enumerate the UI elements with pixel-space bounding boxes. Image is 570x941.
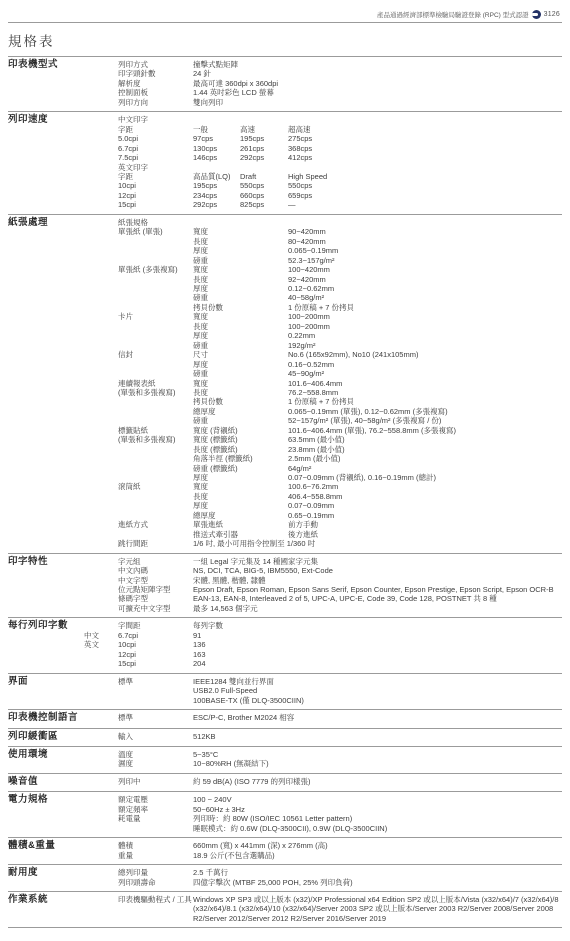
spec-row: 英文印字 [118, 163, 562, 172]
spec-row: 連續報表紙寬度101.6~406.4mm [118, 379, 562, 388]
row-value: 406.4~558.8mm [288, 492, 562, 501]
row-value: 97cps [193, 134, 240, 143]
section-body: 體積660mm (寬) x 441mm (深) x 276mm (高)重量18.… [118, 841, 562, 860]
spec-row: 15cpi204 [118, 659, 562, 668]
section-title: 印表機控制語言 [8, 713, 118, 724]
row-value: EAN-13, EAN-8, Interleaved 2 of 5, UPC-A… [193, 594, 562, 603]
spec-row: 條碼字型EAN-13, EAN-8, Interleaved 2 of 5, U… [118, 594, 562, 603]
row-value: USB2.0 Full-Speed [193, 686, 562, 695]
spec-section: 體積&重量體積660mm (寬) x 441mm (深) x 276mm (高)… [8, 837, 562, 864]
section-title: 電力規格 [8, 795, 118, 833]
row-value: 每列字數 [193, 621, 562, 630]
spec-row: 長度100~200mm [118, 322, 562, 331]
spec-section: 耐用度總列印量2.5 千萬行列印頭壽命四億字擊次 (MTBF 25,000 PO… [8, 864, 562, 891]
row-value: 130cps [193, 144, 240, 153]
row-subkey: 長度 [193, 492, 288, 501]
row-subkey: 厚度 [193, 284, 288, 293]
row-value: 412cps [288, 153, 562, 162]
section-body: 列印中約 59 dB(A) (ISO 7779 的列印樣張) [118, 777, 562, 788]
row-label: 額定電壓 [118, 795, 193, 804]
row-value: 63.5mm (最小值) [288, 435, 562, 444]
spec-row: 單張紙 (單張)寬度90~420mm [118, 227, 562, 236]
spec-section: 印表機控制語言標準ESC/P-C, Brother M2024 相容 [8, 709, 562, 728]
row-subkey: 厚度 [193, 501, 288, 510]
row-label: 7.5cpi [118, 153, 193, 162]
row-label [118, 416, 193, 425]
spec-section: 列印速度中文印字字距一般高速超高速5.0cpi97cps195cps275cps… [8, 111, 562, 214]
row-label: 總列印量 [118, 868, 193, 877]
spec-row: 厚度0.22mm [118, 331, 562, 340]
row-label: 跳行間距 [118, 539, 193, 548]
spec-row: 磅重52.3~157g/m² [118, 256, 562, 265]
section-title: 列印速度 [8, 115, 118, 210]
row-value: 261cps [240, 144, 288, 153]
row-label: 連續報表紙 [118, 379, 193, 388]
spec-row: 中文字型宋體, 黑體, 楷體, 隸體 [118, 576, 562, 585]
spec-row: 列印頭壽命四億字擊次 (MTBF 25,000 POH, 25% 列印負荷) [118, 878, 562, 887]
row-label [118, 464, 193, 473]
row-label: 5.0cpi [118, 134, 193, 143]
row-label: 6.7cpi [118, 631, 193, 640]
certification-number: 3126 [544, 11, 560, 18]
row-label: 列印中 [118, 777, 193, 786]
row-label: 體積 [118, 841, 193, 850]
row-value: 1.44 英吋彩色 LCD 螢幕 [193, 88, 562, 97]
row-value: 雙向列印 [193, 98, 562, 107]
row-label: 額定頻率 [118, 805, 193, 814]
section-body: 標準ESC/P-C, Brother M2024 相容 [118, 713, 562, 724]
row-value: 163 [193, 650, 562, 659]
spec-row: 字間距每列字數 [118, 621, 562, 630]
row-label [118, 445, 193, 454]
bsmi-logo-icon [532, 10, 541, 19]
row-label: 耗電量 [118, 814, 193, 823]
row-label [118, 275, 193, 284]
row-value: 50~60Hz ± 3Hz [193, 805, 562, 814]
row-subkey: 磅重 [193, 293, 288, 302]
row-value: 100~200mm [288, 322, 562, 331]
row-subkey: 單張進紙 [193, 520, 288, 529]
spec-row: 磅重192g/m² [118, 341, 562, 350]
row-subkey: 寬度 [193, 312, 288, 321]
row-label: 中文內碼 [118, 566, 193, 575]
section-body: 字元組一組 Legal 字元集及 14 種國家字元集中文內碼NS, DCI, T… [118, 557, 562, 614]
row-label: 字距 [118, 172, 193, 181]
row-value: 0.07~0.09mm (背襯紙), 0.16~0.19mm (總計) [288, 473, 562, 482]
spec-row: 額定頻率50~60Hz ± 3Hz [118, 805, 562, 814]
row-label: 12cpi [118, 191, 193, 200]
row-subkey: 寬度 (標籤紙) [193, 435, 288, 444]
row-subkey: 長度 (標籤紙) [193, 445, 288, 454]
row-label [118, 331, 193, 340]
spec-row: 跳行間距1/6 吋, 最小可用指令控制至 1/360 吋 [118, 539, 562, 548]
spec-section: 界面標準IEEE1284 雙向並行界面USB2.0 Full-Speed100B… [8, 673, 562, 709]
row-subkey: 寬度 [193, 265, 288, 274]
spec-row: 紙張規格 [118, 218, 562, 227]
section-title: 噪音值 [8, 777, 118, 788]
spec-row: 磅重52~157g/m² (單張), 40~58g/m² (多張複寫 / 份) [118, 416, 562, 425]
row-label [118, 397, 193, 406]
spec-row: 磅重40~58g/m² [118, 293, 562, 302]
spec-row: 控制面板1.44 英吋彩色 LCD 螢幕 [118, 88, 562, 97]
spec-row: 中文內碼NS, DCI, TCA, BIG-5, IBM5550, Ext-Co… [118, 566, 562, 575]
spec-row: 拷貝份數1 份原稿 + 7 份拷貝 [118, 397, 562, 406]
row-value: 23.8mm (最小值) [288, 445, 562, 454]
section-title: 印字特性 [8, 557, 118, 614]
spec-row: 字距高品質(LQ)DraftHigh Speed [118, 172, 562, 181]
row-subkey: 總厚度 [193, 511, 288, 520]
section-title: 印表機型式 [8, 60, 118, 107]
row-label: 進紙方式 [118, 520, 193, 529]
row-value: 1 份原稿 + 7 份拷貝 [288, 397, 562, 406]
row-value: NS, DCI, TCA, BIG-5, IBM5550, Ext-Code [193, 566, 562, 575]
row-label: 輸入 [118, 732, 193, 741]
spec-row: 總厚度0.065~0.19mm (單張), 0.12~0.62mm (多張複寫) [118, 407, 562, 416]
row-value: 40~58g/m² [288, 293, 562, 302]
spec-row: 重量18.9 公斤(不包含選購品) [118, 851, 562, 860]
row-label [118, 369, 193, 378]
spec-row: 印字頭針數24 針 [118, 69, 562, 78]
row-subkey: 磅重 (標籤紙) [193, 464, 288, 473]
spec-row: 拷貝份數1 份原稿 + 7 份拷貝 [118, 303, 562, 312]
row-value: 最高可達 360dpi x 360dpi [193, 79, 562, 88]
page-title-row: 規格表 [8, 23, 562, 57]
row-subkey: 長度 [193, 388, 288, 397]
row-label: 信封 [118, 350, 193, 359]
spec-row: 15cpi292cps825cps— [118, 200, 562, 209]
row-value: 550cps [240, 181, 288, 190]
row-subkey: 磅重 [193, 256, 288, 265]
row-label: 濕度 [118, 759, 193, 768]
spec-row: 列印方式撞擊式點矩陣 [118, 60, 562, 69]
certification-text: 產品通過經濟部標準檢驗局驗證登錄 (RPC) 型式認證 [377, 10, 529, 19]
section-title: 體積&重量 [8, 841, 118, 860]
row-label: 15cpi [118, 200, 193, 209]
row-subkey: 長度 [193, 237, 288, 246]
spec-section: 列印緩衝區輸入512KB [8, 728, 562, 747]
row-label: (單張和多張複寫) [118, 435, 193, 444]
row-label [118, 341, 193, 350]
row-subkey: 磅重 [193, 341, 288, 350]
row-value: 512KB [193, 732, 562, 741]
spec-section: 作業系統印表機驅動程式 / 工具Windows XP SP3 或以上版本 (x3… [8, 891, 562, 927]
row-subkey: 寬度 [193, 227, 288, 236]
row-label [118, 293, 193, 302]
row-label: 標準 [118, 677, 193, 686]
row-value: 1 份原稿 + 7 份拷貝 [288, 303, 562, 312]
spec-row: 濕度10~80%RH (無凝結下) [118, 759, 562, 768]
row-value: 2.5mm (最小值) [288, 454, 562, 463]
row-value: 1/6 吋, 最小可用指令控制至 1/360 吋 [193, 539, 562, 548]
row-value: 659cps [288, 191, 562, 200]
spec-row: 標籤貼紙寬度 (背襯紙)101.6~406.4mm (單張), 76.2~558… [118, 426, 562, 435]
row-value: 90~420mm [288, 227, 562, 236]
section-title: 列印緩衝區 [8, 732, 118, 743]
row-label [118, 824, 193, 833]
row-value: 0.22mm [288, 331, 562, 340]
section-body: 總列印量2.5 千萬行列印頭壽命四億字擊次 (MTBF 25,000 POH, … [118, 868, 562, 887]
row-label: 字元組 [118, 557, 193, 566]
row-subkey: 總厚度 [193, 407, 288, 416]
section-body: 溫度5~35°C濕度10~80%RH (無凝結下) [118, 750, 562, 769]
spec-section: 每行列印字數字間距每列字數中文6.7cpi91英文10cpi13612cpi16… [8, 617, 562, 672]
spec-row: 7.5cpi146cps292cps412cps [118, 153, 562, 162]
row-label [118, 407, 193, 416]
row-value: 368cps [288, 144, 562, 153]
row-label: 印表機驅動程式 / 工具 [118, 895, 193, 923]
section-title: 耐用度 [8, 868, 118, 887]
section-body: 紙張規格單張紙 (單張)寬度90~420mm長度80~420mm厚度0.065~… [118, 218, 562, 549]
row-subkey: 厚度 [193, 331, 288, 340]
row-value: 一般 [193, 125, 240, 134]
spec-row: 長度80~420mm [118, 237, 562, 246]
section-title: 紙張處理 [8, 218, 118, 549]
spec-section: 印表機型式列印方式撞擊式點矩陣印字頭針數24 針解析度最高可達 360dpi x… [8, 57, 562, 111]
row-subkey: 厚度 [193, 246, 288, 255]
spec-row: 列印中約 59 dB(A) (ISO 7779 的列印樣張) [118, 777, 562, 786]
row-label: 單張紙 (單張) [118, 227, 193, 236]
row-value: 睡眠模式：約 0.6W (DLQ-3500CII), 0.9W (DLQ-350… [193, 824, 562, 833]
row-value: 0.16~0.52mm [288, 360, 562, 369]
row-value: IEEE1284 雙向並行界面 [193, 677, 562, 686]
row-value: 825cps [240, 200, 288, 209]
spec-row: 信封尺寸No.6 (165x92mm), No10 (241x105mm) [118, 350, 562, 359]
spec-row: 解析度最高可達 360dpi x 360dpi [118, 79, 562, 88]
spec-row: 輸入512KB [118, 732, 562, 741]
row-value: 高速 [240, 125, 288, 134]
row-label [118, 256, 193, 265]
section-title: 作業系統 [8, 895, 118, 923]
row-subkey: 長度 [193, 322, 288, 331]
row-value: 100~420mm [288, 265, 562, 274]
row-value: 45~90g/m² [288, 369, 562, 378]
row-label: 字距 [118, 125, 193, 134]
spec-row: 英文10cpi136 [118, 640, 562, 649]
spec-row: 體積660mm (寬) x 441mm (深) x 276mm (高) [118, 841, 562, 850]
row-subkey: 磅重 [193, 416, 288, 425]
row-value: — [288, 200, 562, 209]
spec-section: 噪音值列印中約 59 dB(A) (ISO 7779 的列印樣張) [8, 773, 562, 792]
row-value: 0.065~0.19mm [288, 246, 562, 255]
spec-row: 額定電壓100 ~ 240V [118, 795, 562, 804]
spec-section: 紙張處理紙張規格單張紙 (單張)寬度90~420mm長度80~420mm厚度0.… [8, 214, 562, 553]
row-label [118, 501, 193, 510]
row-label: 字間距 [118, 621, 193, 630]
row-value: 四億字擊次 (MTBF 25,000 POH, 25% 列印負荷) [193, 878, 562, 887]
row-value: 76.2~558.8mm [288, 388, 562, 397]
spec-row: 12cpi163 [118, 650, 562, 659]
spec-row: 耗電量列印時：約 80W (ISO/IEC 10561 Letter patte… [118, 814, 562, 823]
spec-section: 使用環境溫度5~35°C濕度10~80%RH (無凝結下) [8, 746, 562, 773]
row-value: High Speed [288, 172, 562, 181]
section-body: 標準IEEE1284 雙向並行界面USB2.0 Full-Speed100BAS… [118, 677, 562, 705]
spec-table: 印表機型式列印方式撞擊式點矩陣印字頭針數24 針解析度最高可達 360dpi x… [8, 57, 562, 928]
row-group-label: 中文 [84, 631, 116, 640]
section-body: 輸入512KB [118, 732, 562, 743]
row-subkey: 寬度 (背襯紙) [193, 426, 288, 435]
row-label: 控制面板 [118, 88, 193, 97]
row-label: 滾筒紙 [118, 482, 193, 491]
row-value: 0.12~0.62mm [288, 284, 562, 293]
spec-row: 標準IEEE1284 雙向並行界面 [118, 677, 562, 686]
row-label: 卡片 [118, 312, 193, 321]
row-value: 100 ~ 240V [193, 795, 562, 804]
row-value: 660mm (寬) x 441mm (深) x 276mm (高) [193, 841, 562, 850]
row-value: 101.6~406.4mm (單張), 76.2~558.8mm (多張複寫) [288, 426, 562, 435]
spec-row: 進紙方式單張進紙前方手動 [118, 520, 562, 529]
row-label: 10cpi [118, 181, 193, 190]
spec-row: 6.7cpi130cps261cps368cps [118, 144, 562, 153]
spec-sheet-page: 產品通過經濟部標準檢驗局驗證登錄 (RPC) 型式認證 3126 規格表 印表機… [0, 0, 570, 941]
row-value: 約 59 dB(A) (ISO 7779 的列印樣張) [193, 777, 562, 786]
row-label: 解析度 [118, 79, 193, 88]
spec-row: 長度92~420mm [118, 275, 562, 284]
row-value: 0.065~0.19mm (單張), 0.12~0.62mm (多張複寫) [288, 407, 562, 416]
row-label: 中文印字 [118, 115, 193, 124]
row-subkey: 磅重 [193, 369, 288, 378]
spec-row: 可擴充中文字型最多 14,563 個字元 [118, 604, 562, 613]
row-value: 292cps [240, 153, 288, 162]
row-value: 52~157g/m² (單張), 40~58g/m² (多張複寫 / 份) [288, 416, 562, 425]
row-label: 紙張規格 [118, 218, 193, 227]
row-label [118, 511, 193, 520]
row-value: 18.9 公斤(不包含選購品) [193, 851, 562, 860]
spec-row: 磅重45~90g/m² [118, 369, 562, 378]
section-body: 字間距每列字數中文6.7cpi91英文10cpi13612cpi16315cpi… [118, 621, 562, 668]
certification-header: 產品通過經濟部標準檢驗局驗證登錄 (RPC) 型式認證 3126 [8, 2, 562, 23]
row-value: 100BASE-TX (僅 DLQ-3500CIIN) [193, 696, 562, 705]
row-value: 192g/m² [288, 341, 562, 350]
row-value: 後方進紙 [288, 530, 562, 539]
spec-row: 厚度0.16~0.52mm [118, 360, 562, 369]
spec-row: 滾筒紙寬度100.6~76.2mm [118, 482, 562, 491]
row-label: 中文字型 [118, 576, 193, 585]
row-value: 超高速 [288, 125, 562, 134]
row-value: 136 [193, 640, 562, 649]
row-label: 10cpi [118, 640, 193, 649]
row-value: 最多 14,563 個字元 [193, 604, 562, 613]
spec-row: 長度 (標籤紙)23.8mm (最小值) [118, 445, 562, 454]
row-value: 146cps [193, 153, 240, 162]
row-value: 660cps [240, 191, 288, 200]
row-label [118, 530, 193, 539]
row-label [118, 454, 193, 463]
spec-row: 單張紙 (多張複寫)寬度100~420mm [118, 265, 562, 274]
spec-row: (單張和多張複寫)長度76.2~558.8mm [118, 388, 562, 397]
spec-row: USB2.0 Full-Speed [118, 686, 562, 695]
row-subkey: 尺寸 [193, 350, 288, 359]
row-label: 可擴充中文字型 [118, 604, 193, 613]
spec-row: 100BASE-TX (僅 DLQ-3500CIIN) [118, 696, 562, 705]
spec-row: 10cpi195cps550cps550cps [118, 181, 562, 190]
row-subkey: 寬度 [193, 379, 288, 388]
row-label: 重量 [118, 851, 193, 860]
row-value: Windows XP SP3 或以上版本 (x32)/XP Profession… [193, 895, 562, 923]
row-label: 6.7cpi [118, 144, 193, 153]
row-value: 64g/m² [288, 464, 562, 473]
row-label [118, 696, 193, 705]
row-value: 101.6~406.4mm [288, 379, 562, 388]
row-group-label: 英文 [84, 640, 116, 649]
spec-row: 字元組一組 Legal 字元集及 14 種國家字元集 [118, 557, 562, 566]
row-label [118, 246, 193, 255]
row-value: 92~420mm [288, 275, 562, 284]
row-value: 高品質(LQ) [193, 172, 240, 181]
spec-row: 5.0cpi97cps195cps275cps [118, 134, 562, 143]
row-label: 英文印字 [118, 163, 193, 172]
spec-row: 字距一般高速超高速 [118, 125, 562, 134]
spec-row: 角落半徑 (標籤紙)2.5mm (最小值) [118, 454, 562, 463]
row-value: 0.65~0.19mm [288, 511, 562, 520]
row-value: 24 針 [193, 69, 562, 78]
spec-section: 印字特性字元組一組 Legal 字元集及 14 種國家字元集中文內碼NS, DC… [8, 553, 562, 618]
row-value: 550cps [288, 181, 562, 190]
section-body: 印表機驅動程式 / 工具Windows XP SP3 或以上版本 (x32)/X… [118, 895, 562, 923]
row-value: 204 [193, 659, 562, 668]
row-subkey: 拷貝份數 [193, 397, 288, 406]
row-label [118, 360, 193, 369]
row-subkey: 推送式牽引器 [193, 530, 288, 539]
row-value: Draft [240, 172, 288, 181]
spec-row: 厚度0.07~0.09mm (背襯紙), 0.16~0.19mm (總計) [118, 473, 562, 482]
section-body: 列印方式撞擊式點矩陣印字頭針數24 針解析度最高可達 360dpi x 360d… [118, 60, 562, 107]
row-subkey: 拷貝份數 [193, 303, 288, 312]
spec-row: 列印方向雙向列印 [118, 98, 562, 107]
row-value: 100~200mm [288, 312, 562, 321]
spec-row: 總厚度0.65~0.19mm [118, 511, 562, 520]
spec-row: 卡片寬度100~200mm [118, 312, 562, 321]
row-value: 91 [193, 631, 562, 640]
row-value: 一組 Legal 字元集及 14 種國家字元集 [193, 557, 562, 566]
row-value: 234cps [193, 191, 240, 200]
spec-row: (單張和多張複寫)寬度 (標籤紙)63.5mm (最小值) [118, 435, 562, 444]
row-subkey: 寬度 [193, 482, 288, 491]
row-subkey: 角落半徑 (標籤紙) [193, 454, 288, 463]
spec-row: 長度406.4~558.8mm [118, 492, 562, 501]
row-subkey: 厚度 [193, 360, 288, 369]
spec-row: 印表機驅動程式 / 工具Windows XP SP3 或以上版本 (x32)/X… [118, 895, 562, 923]
spec-row: 磅重 (標籤紙)64g/m² [118, 464, 562, 473]
spec-section: 電力規格額定電壓100 ~ 240V額定頻率50~60Hz ± 3Hz耗電量列印… [8, 791, 562, 837]
row-subkey: 長度 [193, 275, 288, 284]
row-label: 12cpi [118, 650, 193, 659]
row-label [118, 322, 193, 331]
row-label [118, 237, 193, 246]
spec-row: 厚度0.065~0.19mm [118, 246, 562, 255]
row-label: (單張和多張複寫) [118, 388, 193, 397]
row-label [118, 303, 193, 312]
row-value: 195cps [240, 134, 288, 143]
row-label: 列印方向 [118, 98, 193, 107]
row-value: 10~80%RH (無凝結下) [193, 759, 562, 768]
row-value: No.6 (165x92mm), No10 (241x105mm) [288, 350, 562, 359]
row-label [118, 686, 193, 695]
row-value: 0.07~0.09mm [288, 501, 562, 510]
row-value: 撞擊式點矩陣 [193, 60, 562, 69]
row-label: 條碼字型 [118, 594, 193, 603]
spec-row: 溫度5~35°C [118, 750, 562, 759]
spec-row: 標準ESC/P-C, Brother M2024 相容 [118, 713, 562, 722]
row-label [118, 492, 193, 501]
row-label: 單張紙 (多張複寫) [118, 265, 193, 274]
row-value: 80~420mm [288, 237, 562, 246]
spec-row: 12cpi234cps660cps659cps [118, 191, 562, 200]
spec-row: 睡眠模式：約 0.6W (DLQ-3500CII), 0.9W (DLQ-350… [118, 824, 562, 833]
section-body: 額定電壓100 ~ 240V額定頻率50~60Hz ± 3Hz耗電量列印時：約 … [118, 795, 562, 833]
row-label: 標準 [118, 713, 193, 722]
row-label: 15cpi [118, 659, 193, 668]
spec-row: 中文6.7cpi91 [118, 631, 562, 640]
